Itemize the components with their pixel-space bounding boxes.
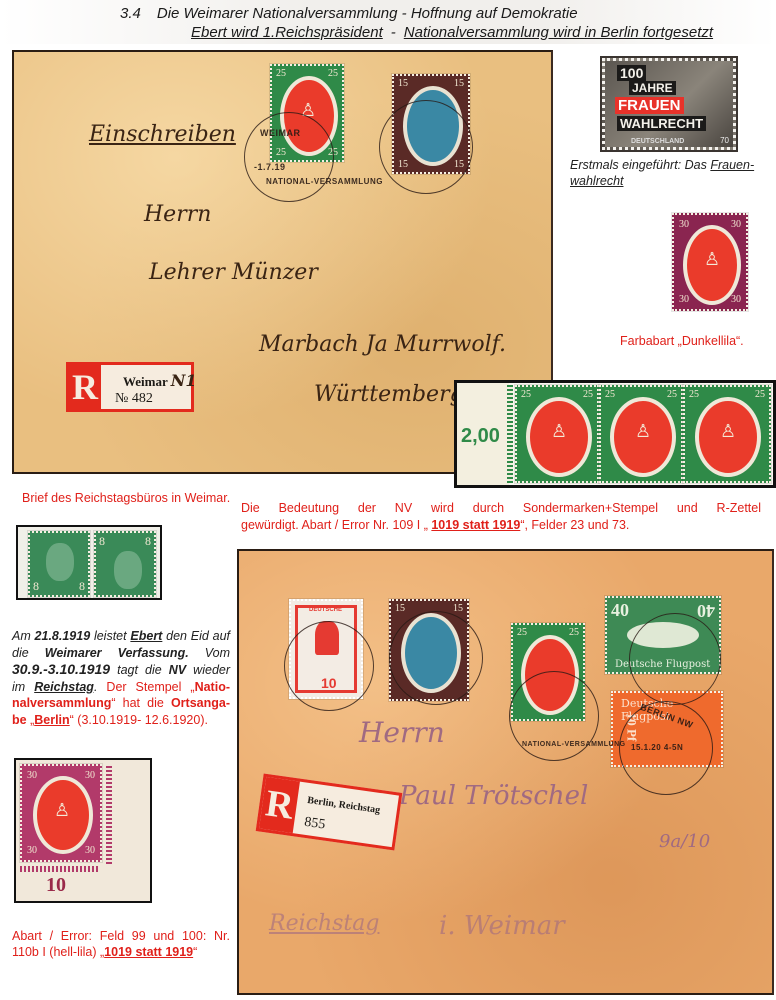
- registration-label: R Berlin, Reichstag 855: [256, 774, 403, 851]
- stamp-30-dunkellila: 30 30 30 30 ♙: [672, 213, 748, 311]
- stamp-30-error: 30 30 30 30 ♙: [20, 764, 102, 862]
- error-stamp-frame: 30 30 30 30 ♙ 10: [14, 758, 152, 903]
- stamp-strip-frame: 2,00 25 25 ♙ 25 25 ♙ 25 25 ♙: [454, 380, 776, 488]
- postmark-weimar: [244, 112, 334, 202]
- registration-place: Weimar N1: [123, 371, 197, 390]
- handwriting-city: Marbach Ja Murrwolf.: [259, 332, 506, 357]
- stamp-ebert-8-inverted: 8 8: [94, 531, 156, 597]
- cover-berlin: DEUTSCHE 10 15 15 25 25 40 40 Deutsche F…: [237, 549, 774, 995]
- postmark-berlin-2: [389, 611, 483, 705]
- handwriting-herrn: Herrn: [359, 716, 445, 749]
- page-title: 3.4Die Weimarer Nationalversammlung - Ho…: [120, 5, 578, 22]
- margin-number: 10: [46, 874, 66, 897]
- stamp-ebert-8: 8 8: [28, 531, 90, 597]
- registration-number: № 482: [115, 391, 153, 407]
- registration-number: 855: [303, 815, 326, 834]
- title-text: Die Weimarer Nationalversammlung - Hoffn…: [157, 5, 578, 22]
- section-number: 3.4: [120, 5, 141, 22]
- handwriting-weimar: i. Weimar: [439, 911, 565, 941]
- handwriting-reichstag: Reichstag: [269, 911, 379, 936]
- registration-letter: R: [259, 777, 300, 833]
- handwriting-herrn: Herrn: [144, 202, 211, 227]
- postmark-bottom: NATIONAL-VERSAMMLUNG: [522, 741, 626, 748]
- handwriting-note: 9a/10: [659, 831, 710, 852]
- caption-strip: Die Bedeutung der NV wird durch Sonderma…: [241, 500, 761, 534]
- caption-weimar-cover: Brief des Reichstagsbüros in Weimar.: [22, 491, 230, 505]
- page-subtitle: Ebert wird 1.Reichspräsident-Nationalver…: [191, 24, 713, 41]
- registration-letter: R: [69, 365, 101, 409]
- postmark-berlin-4: [629, 613, 721, 705]
- postmark-weimar-2: [379, 100, 473, 194]
- registration-label: R Weimar N1 № 482: [66, 362, 194, 412]
- subtitle-left: Ebert wird 1.Reichspräsident: [191, 24, 383, 41]
- strip-stamp-1: 25 25 ♙: [515, 385, 599, 483]
- caption-error: Abart / Error: Feld 99 und 100: Nr. 110b…: [12, 928, 230, 960]
- strip-stamp-2: 25 25 ♙: [599, 385, 683, 483]
- subtitle-right: Nationalversammlung wird in Berlin fortg…: [404, 24, 713, 41]
- postmark-date: 15.1.20 4-5N: [631, 743, 683, 752]
- registration-place: Berlin, Reichstag: [307, 795, 381, 816]
- handwriting-name: Paul Trötschel: [399, 781, 588, 811]
- ebert-pair-frame: 8 8 8 8: [16, 525, 162, 600]
- strip-stamp-3: 25 25 ♙: [683, 385, 771, 483]
- handwriting-region: Württemberg: [314, 382, 464, 407]
- postmark-berlin-1: [284, 621, 374, 711]
- margin-value: 2,00: [461, 425, 500, 448]
- caption-dunkellila: Farbabart „Dunkellila“.: [620, 334, 744, 348]
- stamp-frauenwahlrecht: 100 JAHRE FRAUEN WAHLRECHT DEUTSCHLAND 7…: [602, 58, 736, 150]
- handwriting-name: Lehrer Münzer: [149, 260, 318, 285]
- caption-ebert: Am 21.8.1919 leistet Ebert den Eid auf d…: [12, 628, 230, 728]
- caption-frauenwahlrecht: Erstmals eingeführt: Das Frauen-wahlrech…: [570, 157, 770, 189]
- handwriting-einschreiben: Einschreiben: [89, 122, 236, 147]
